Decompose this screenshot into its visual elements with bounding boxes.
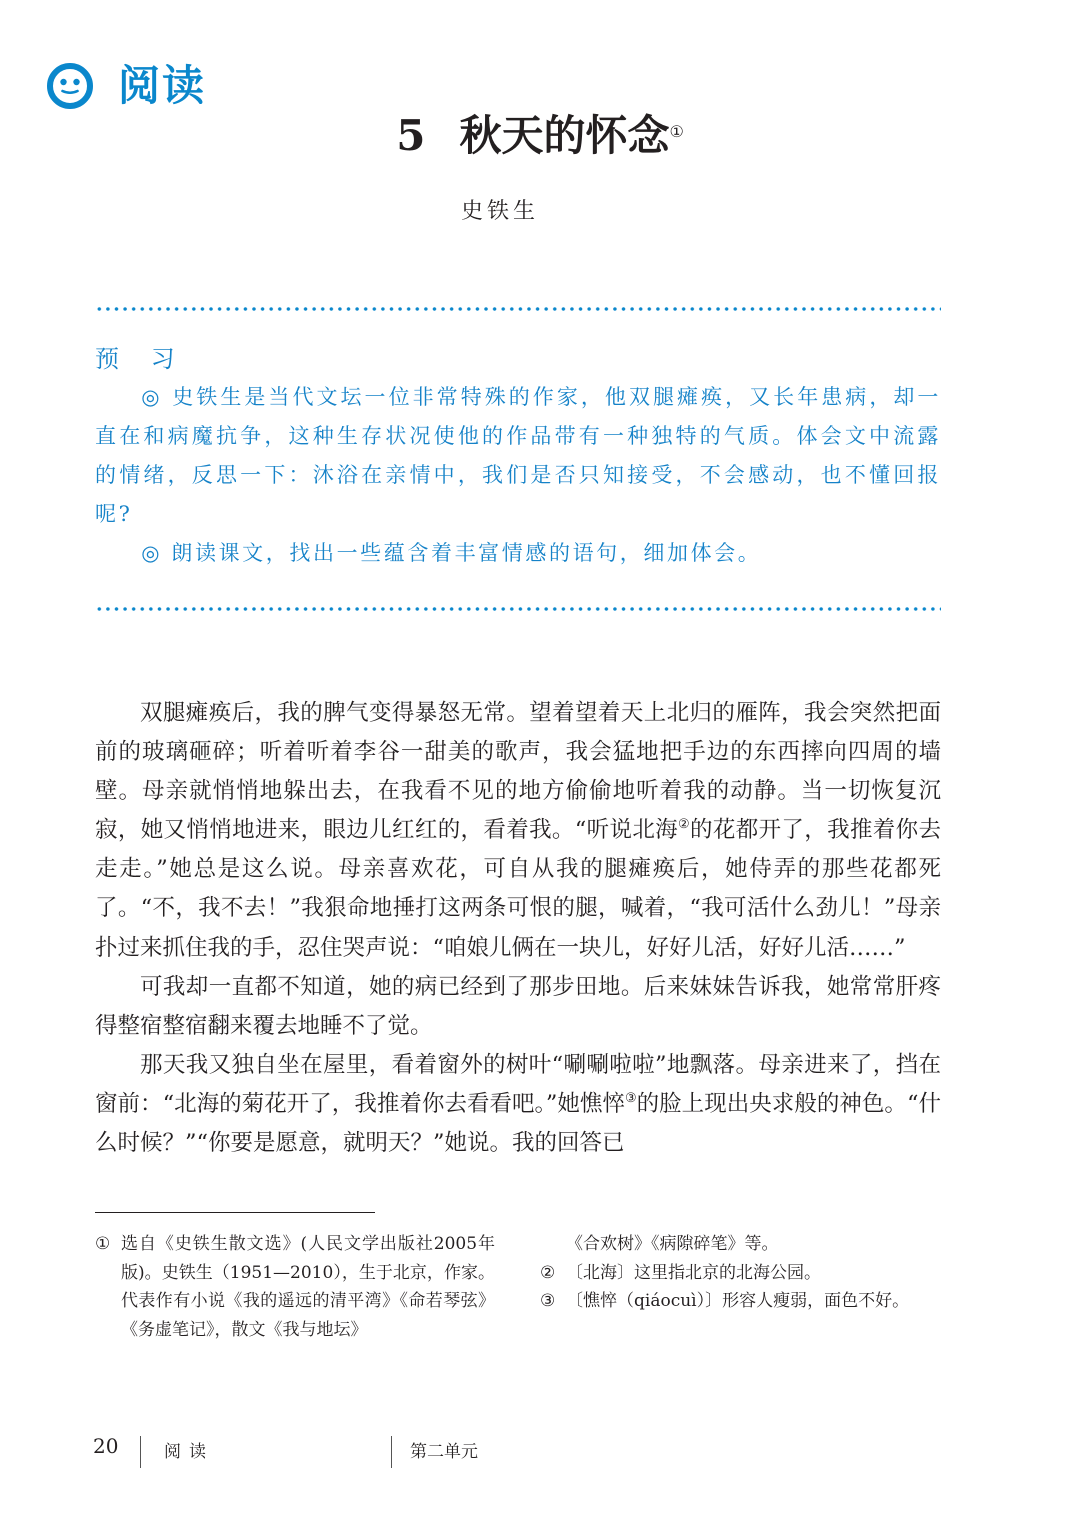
footnote-mark: ② (540, 1259, 566, 1288)
footer-book-label: 阅读 (164, 1437, 214, 1462)
footnote-text: 〔北海〕这里指北京的北海公园。 (566, 1259, 940, 1288)
article-body: 双腿瘫痪后，我的脾气变得暴怒无常。望着望着天上北归的雁阵，我会突然把面前的玻璃砸… (95, 694, 941, 1163)
preview-item: ◎ 朗读课文，找出一些蕴含着丰富情感的语句，细加体会。 (95, 534, 941, 573)
footnote-ref-3[interactable]: ③ (625, 1091, 637, 1106)
lesson-title: 5秋天的怀念① (0, 108, 1080, 164)
paragraph-text: 可我却一直都不知道，她的病已经到了那步田地。后来妹妹告诉我，她常常肝疼得整宿整宿… (95, 974, 941, 1039)
footnotes-left-column: ① 选自《史铁生散文选》(人民文学出版社2005年版)。史铁生（1951—201… (95, 1230, 495, 1344)
paragraph: 可我却一直都不知道，她的病已经到了那步田地。后来妹妹告诉我，她常常肝疼得整宿整宿… (95, 968, 941, 1046)
paragraph: 双腿瘫痪后，我的脾气变得暴怒无常。望着望着天上北归的雁阵，我会突然把面前的玻璃砸… (95, 694, 941, 968)
footnote-ref-2[interactable]: ② (678, 817, 690, 832)
section-header: 阅读 (46, 58, 206, 114)
dotted-divider-bottom (95, 607, 941, 611)
footnote-mark: ① (95, 1230, 121, 1344)
preview-item: ◎ 史铁生是当代文坛一位非常特殊的作家，他双腿瘫痪，又长年患病，却一直在和病魔抗… (95, 378, 941, 534)
lesson-title-text: 秋天的怀念 (459, 111, 669, 160)
footnote-1-continuation: 《合欢树》《病隙碎笔》等。 (540, 1230, 940, 1259)
page-number: 20 (93, 1434, 118, 1458)
preview-heading: 预 习 (95, 340, 941, 378)
footnote-3: ③ 〔憔悴（qiáocuì）〕形容人瘦弱，面色不好。 (540, 1287, 940, 1316)
footer-divider (140, 1436, 141, 1468)
footnote-text: 选自《史铁生散文选》(人民文学出版社2005年版)。史铁生（1951—2010）… (121, 1230, 495, 1344)
paragraph: 那天我又独自坐在屋里，看着窗外的树叶“唰唰啦啦”地飘落。母亲进来了，挡在窗前：“… (95, 1046, 941, 1163)
author-name: 史铁生 (0, 194, 1000, 225)
preview-body: ◎ 史铁生是当代文坛一位非常特殊的作家，他双腿瘫痪，又长年患病，却一直在和病魔抗… (95, 378, 941, 573)
lesson-number: 5 (396, 108, 425, 164)
title-footnote-mark[interactable]: ① (669, 122, 683, 141)
dotted-divider-top (95, 307, 941, 311)
footnote-1: ① 选自《史铁生散文选》(人民文学出版社2005年版)。史铁生（1951—201… (95, 1230, 495, 1344)
section-title: 阅读 (118, 65, 206, 107)
page-footer: 20 阅读 第二单元 (0, 1432, 1080, 1472)
footnote-2: ② 〔北海〕这里指北京的北海公园。 (540, 1259, 940, 1288)
footnote-divider (95, 1212, 375, 1213)
preview-section: 预 习 ◎ 史铁生是当代文坛一位非常特殊的作家，他双腿瘫痪，又长年患病，却一直在… (95, 340, 941, 573)
footnote-text: 〔憔悴（qiáocuì）〕形容人瘦弱，面色不好。 (566, 1287, 940, 1316)
smiley-face-icon (46, 62, 94, 110)
footer-divider (391, 1436, 392, 1468)
footnote-mark: ③ (540, 1287, 566, 1316)
footer-unit-label: 第二单元 (410, 1437, 478, 1462)
footnotes-right-column: 《合欢树》《病隙碎笔》等。 ② 〔北海〕这里指北京的北海公园。 ③ 〔憔悴（qi… (540, 1230, 940, 1316)
